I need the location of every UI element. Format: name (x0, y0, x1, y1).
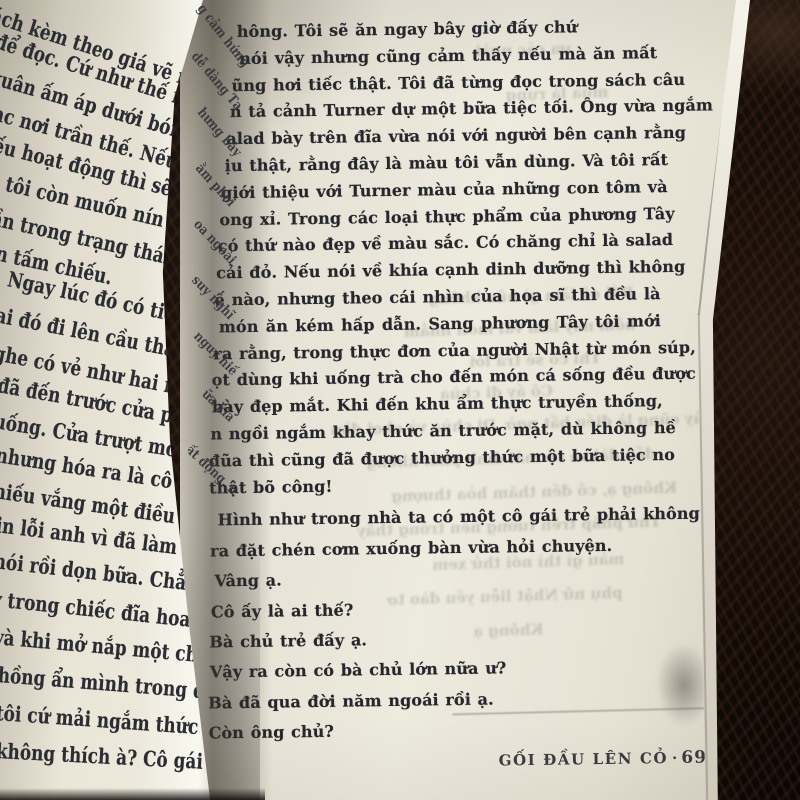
book-photo: ưa các ngàimùa lá rụngRồi cô làm gì nữa … (0, 0, 800, 800)
dialogue-line: Còn ông chủ? (208, 712, 666, 749)
curl-text-fragment: suy nghĩ (188, 272, 237, 322)
page-curl-strip: g cảm hứngdễ dàng Tạhưng bâyằm phơioa ng… (188, 0, 252, 520)
running-footer: GỐI ĐẦU LÊN CỎ·69 (209, 748, 707, 775)
footer-separator: · (668, 749, 681, 767)
curl-text-fragment: ất động, n (188, 442, 241, 498)
curl-text-fragment: hưng bây (194, 105, 245, 160)
dialogue-block: Hình như trong nhà ta có một cô gái trẻ … (205, 499, 666, 749)
text-line: thật bõ công! (205, 469, 663, 502)
footer-title: GỐI ĐẦU LÊN CỎ (499, 749, 669, 769)
curl-text-fragment: ằm phơi (192, 161, 239, 210)
bottom-shadow (0, 788, 265, 800)
curl-text-fragment: oa ngoài (190, 217, 239, 268)
curl-text-fragment: nguy hiế (190, 328, 240, 378)
curl-text-fragment: ữa kia (198, 386, 238, 425)
footer-page-number: 69 (681, 748, 707, 768)
